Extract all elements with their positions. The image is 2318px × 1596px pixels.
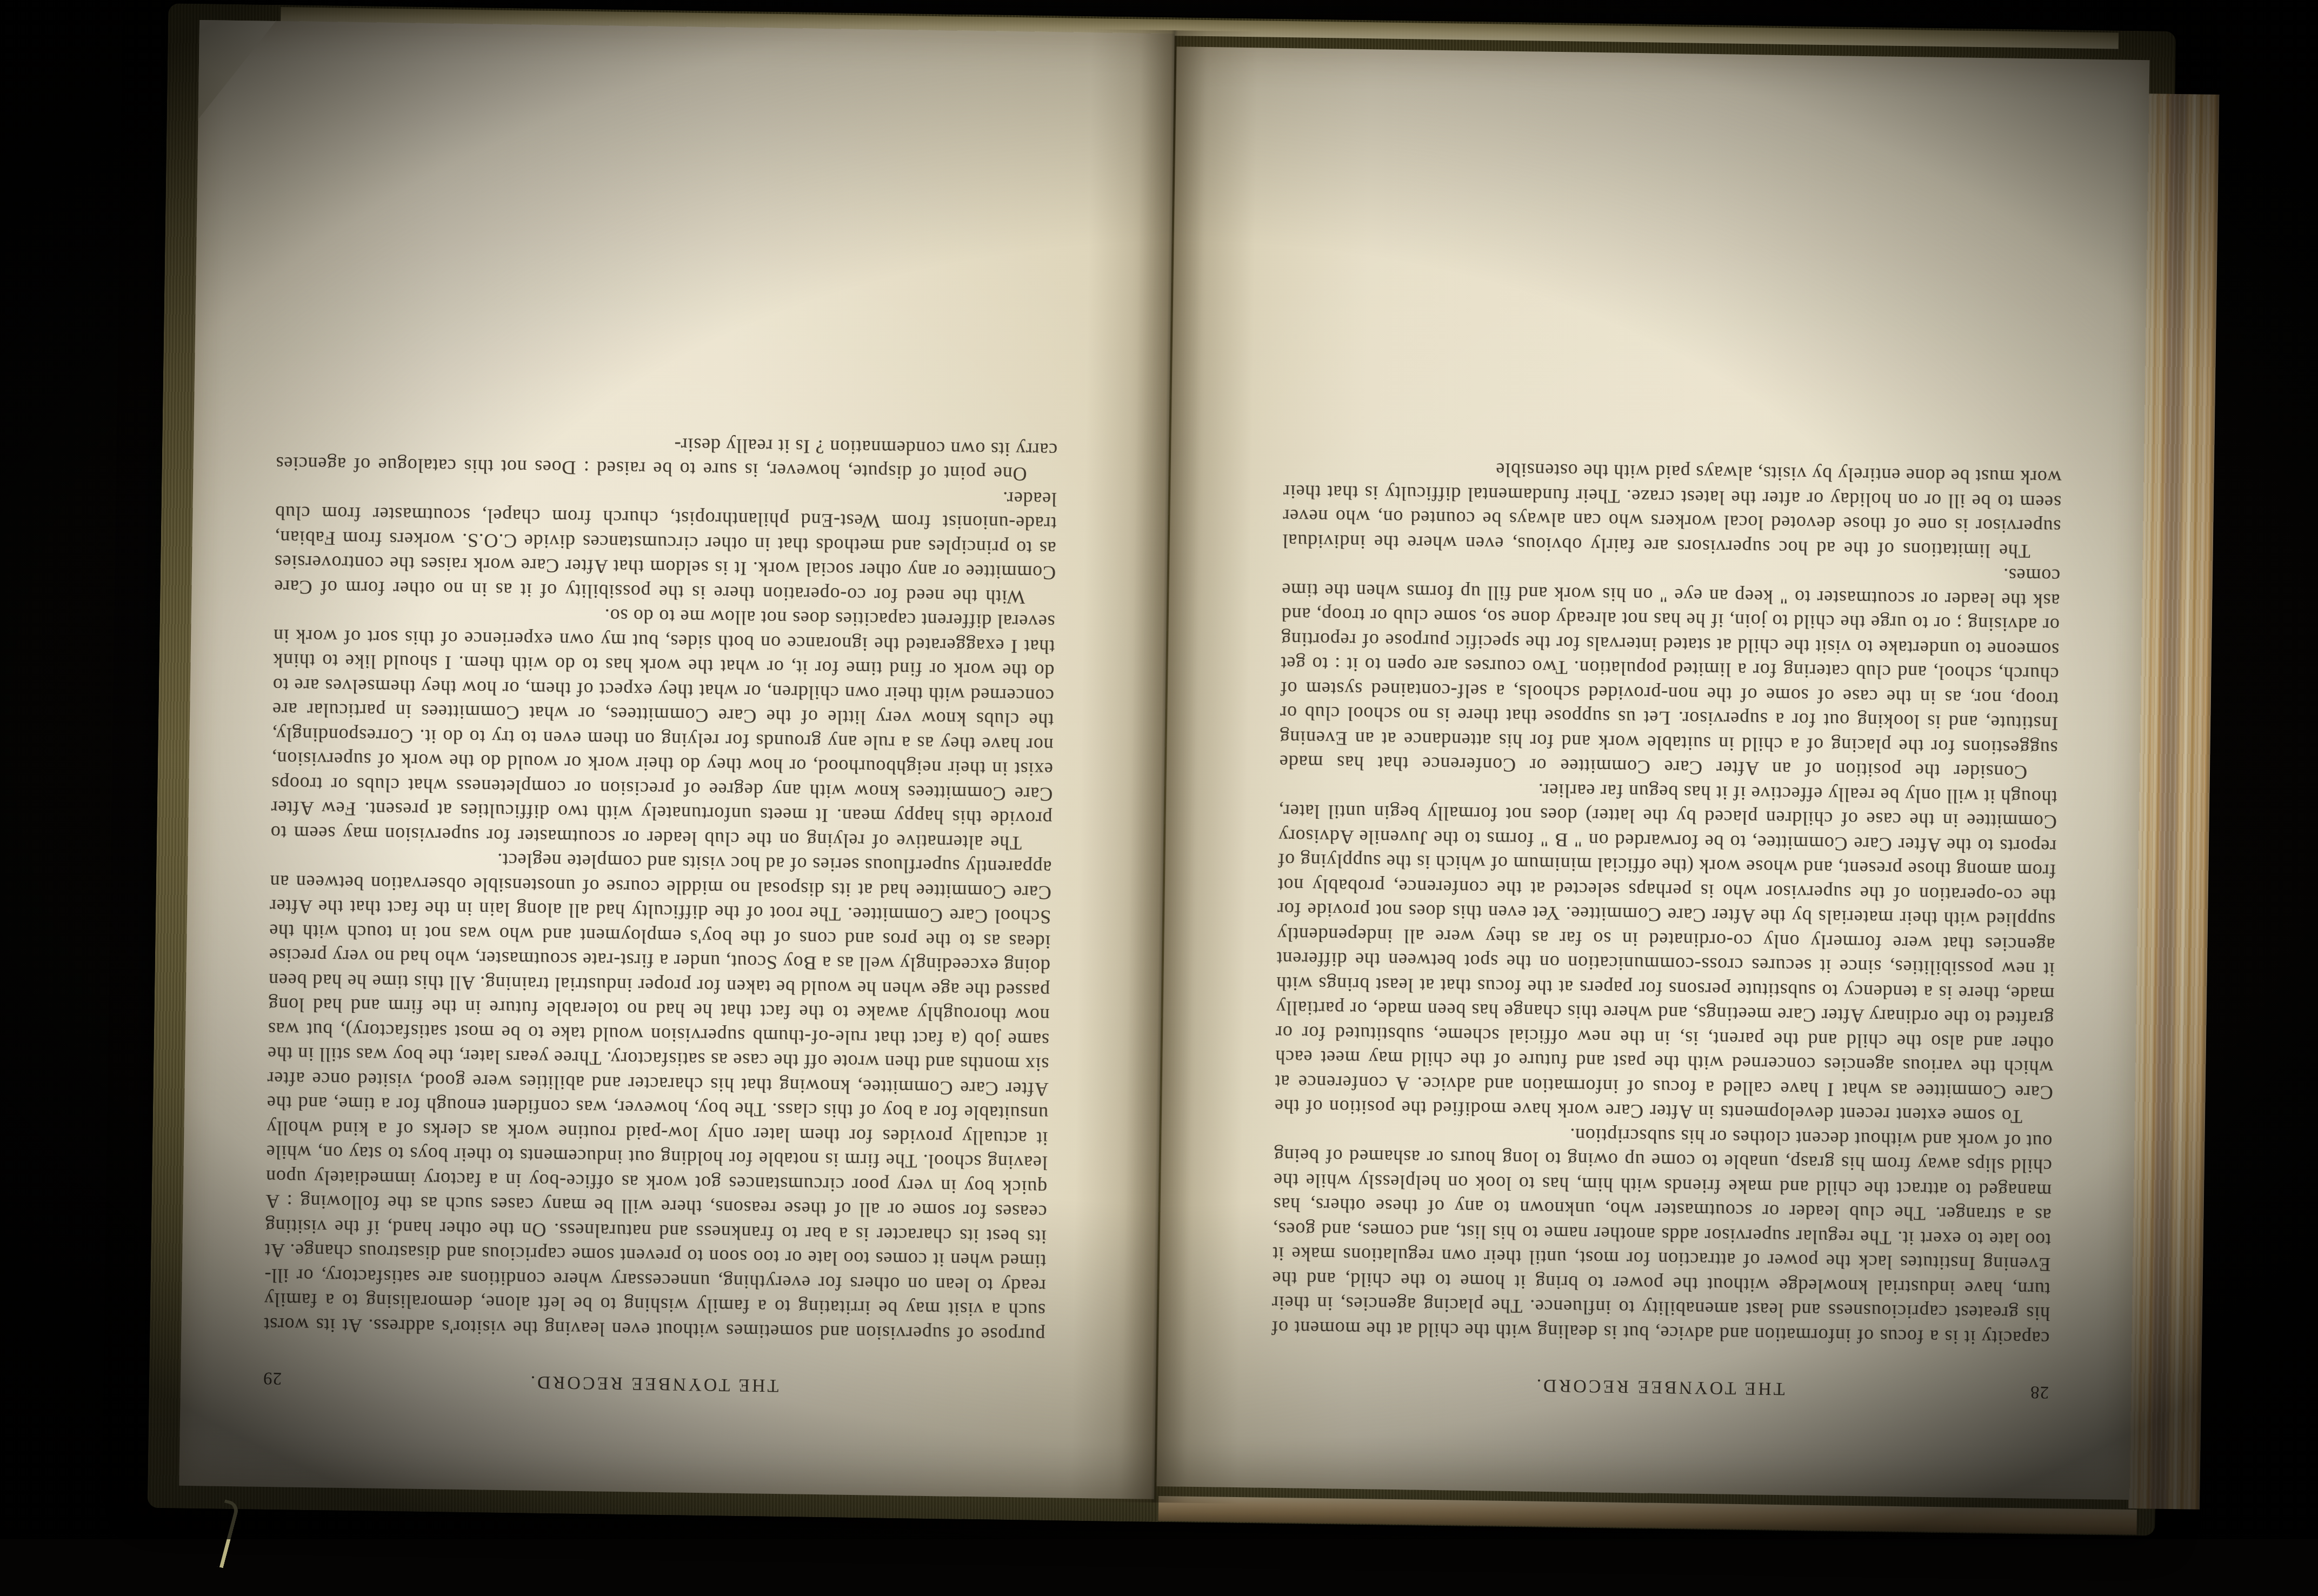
paragraph: Consider the position of an After Care C… <box>1279 553 2061 785</box>
open-book: 28 THE TOYNBEE RECORD. capacity it is a … <box>179 20 2151 1513</box>
page-number-28: 28 <box>1989 1381 2049 1402</box>
page-29-body: purpose of supervision and sometimes wit… <box>263 426 1057 1347</box>
photo-backdrop: 28 THE TOYNBEE RECORD. capacity it is a … <box>0 0 2318 1539</box>
paragraph: With the need for co-operation there is … <box>274 476 1057 610</box>
header-spacer <box>1270 1376 1330 1377</box>
folded-page-corner <box>196 20 278 123</box>
paragraph: The limitations of the ad hoc supervisor… <box>1282 455 2062 564</box>
page-28: 28 THE TOYNBEE RECORD. capacity it is a … <box>1156 46 2149 1500</box>
page-28-body: capacity it is a focus of information an… <box>1271 455 2062 1351</box>
paragraph: purpose of supervision and sometimes wit… <box>263 845 1052 1347</box>
running-title-29: THE TOYNBEE RECORD. <box>322 1368 985 1398</box>
page-29-header: THE TOYNBEE RECORD. 29 <box>263 1368 1044 1399</box>
paragraph: The alternative of relying on the club l… <box>270 599 1055 856</box>
page-29: THE TOYNBEE RECORD. 29 purpose of superv… <box>179 20 1175 1499</box>
page-number-29: 29 <box>263 1368 323 1389</box>
page-28-header: 28 THE TOYNBEE RECORD. <box>1270 1371 2049 1403</box>
header-spacer <box>985 1383 1044 1384</box>
paragraph: To some extent recent developments in Af… <box>1274 774 2057 1129</box>
paragraph: capacity it is a focus of information an… <box>1271 1118 2053 1351</box>
running-title-28: THE TOYNBEE RECORD. <box>1330 1372 1989 1401</box>
